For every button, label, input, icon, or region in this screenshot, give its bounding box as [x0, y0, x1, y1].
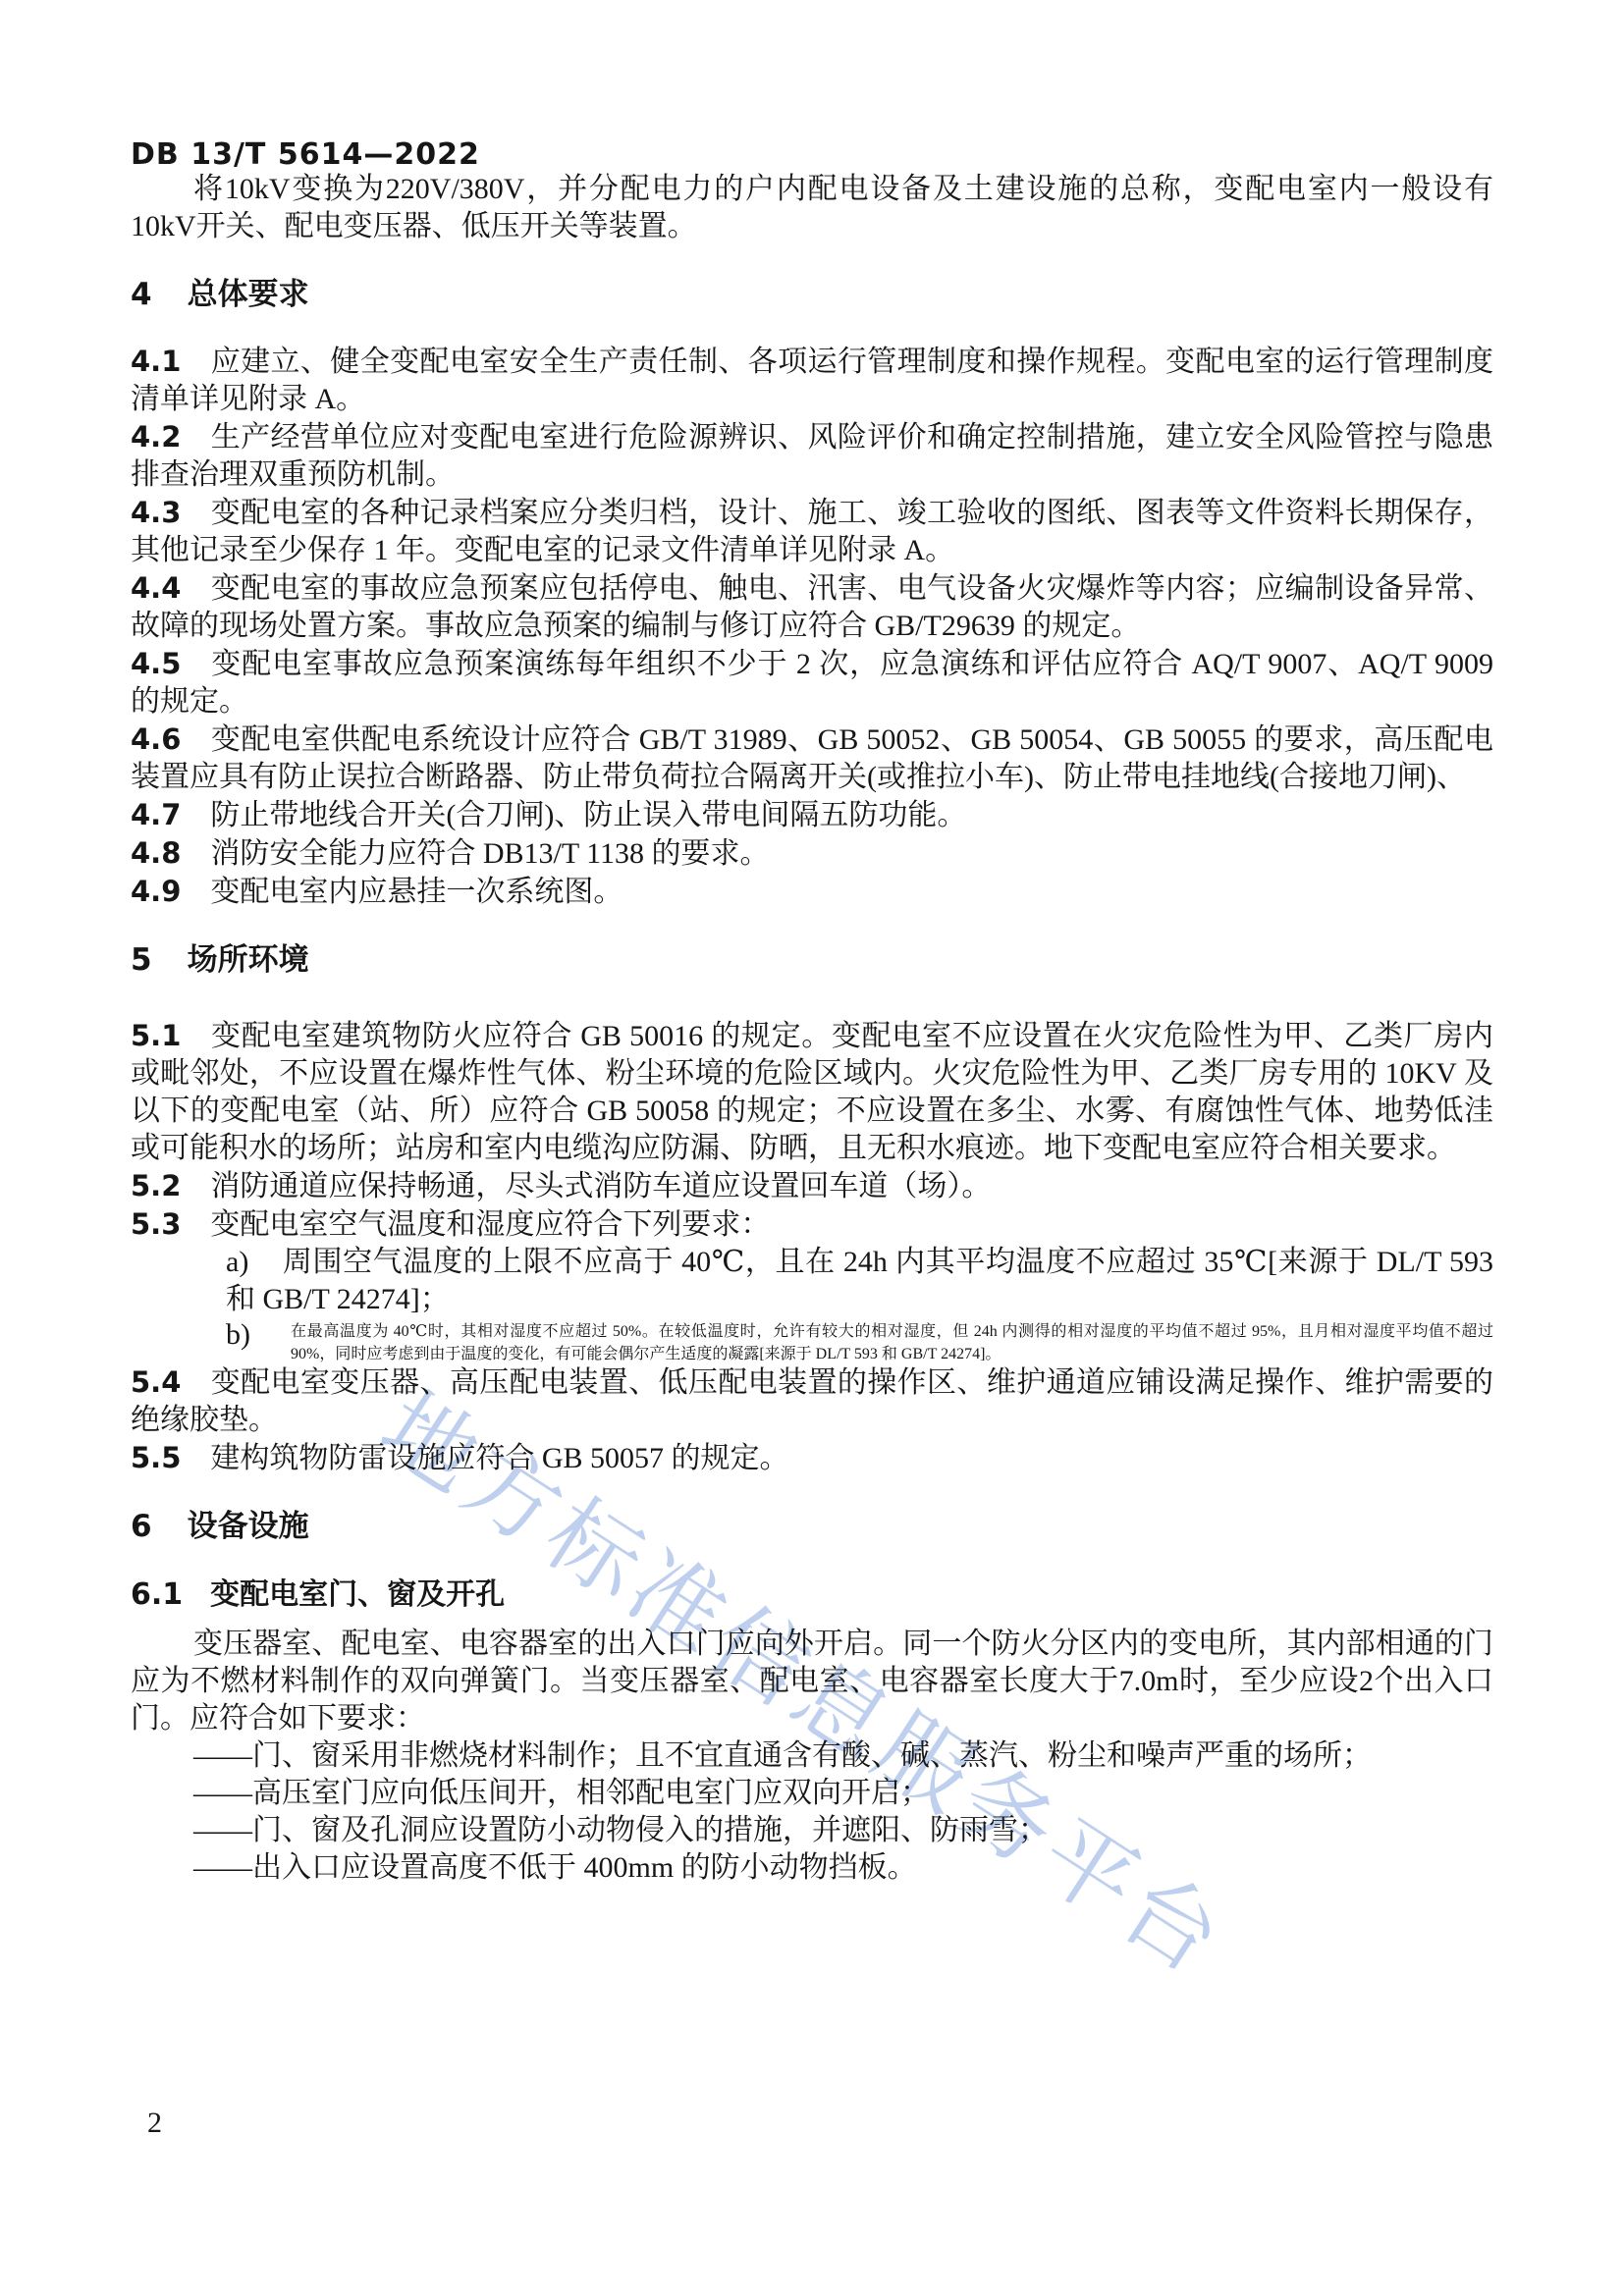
- clause-4-6: 4.6变配电室供配电系统设计应符合 GB/T 31989、GB 50052、GB…: [131, 721, 1493, 796]
- section-6-title: 设备设施: [188, 1509, 309, 1544]
- clause-4-1-text: 应建立、健全变配电室安全生产责任制、各项运行管理制度和操作规程。变配电室的运行管…: [131, 346, 1493, 415]
- clause-5-5-number: 5.5: [131, 1441, 181, 1474]
- clause-4-4-text: 变配电室的事故应急预案应包括停电、触电、汛害、电气设备火灾爆炸等内容；应编制设备…: [131, 572, 1493, 642]
- section-5-heading: 5场所环境: [131, 940, 1493, 980]
- clause-5-3-list: a)周围空气温度的上限不应高于 40℃，且在 24h 内其平均温度不应超过 35…: [131, 1244, 1493, 1363]
- page-number: 2: [147, 2107, 162, 2140]
- clause-4-7-number: 4.7: [131, 798, 181, 831]
- clause-5-5-text: 建构筑物防雷设施应符合 GB 50057 的规定。: [210, 1442, 788, 1474]
- clause-4-2: 4.2生产经营单位应对变配电室进行危险源辨识、风险评价和确定控制措施，建立安全风…: [131, 418, 1493, 494]
- clause-5-3-text: 变配电室空气温度和湿度应符合下列要求：: [210, 1208, 770, 1241]
- clause-5-1: 5.1变配电室建筑物防火应符合 GB 50016 的规定。变配电室不应设置在火灾…: [131, 1017, 1493, 1167]
- subsection-6-1-paragraph: 变压器室、配电室、电容器室的出入口门应向外开启。同一个防火分区内的变电所，其内部…: [131, 1626, 1493, 1737]
- clause-4-3-number: 4.3: [131, 496, 181, 529]
- clause-4-4: 4.4变配电室的事故应急预案应包括停电、触电、汛害、电气设备火灾爆炸等内容；应编…: [131, 569, 1493, 645]
- section-4-number: 4: [131, 277, 152, 312]
- clause-4-8-number: 4.8: [131, 836, 181, 870]
- clause-4-8-text: 消防安全能力应符合 DB13/T 1138 的要求。: [210, 837, 769, 870]
- section-4-heading: 4总体要求: [131, 275, 1493, 314]
- clause-4-4-number: 4.4: [131, 571, 181, 605]
- clause-5-2-number: 5.2: [131, 1169, 181, 1202]
- section-6-number: 6: [131, 1509, 152, 1544]
- clause-4-9-number: 4.9: [131, 875, 181, 908]
- clause-4-6-text: 变配电室供配电系统设计应符合 GB/T 31989、GB 50052、GB 50…: [131, 723, 1493, 793]
- standard-number-header: DB 13/T 5614—2022: [131, 139, 1493, 171]
- clause-5-1-text: 变配电室建筑物防火应符合 GB 50016 的规定。变配电室不应设置在火灾危险性…: [131, 1020, 1493, 1164]
- clause-4-8: 4.8消防安全能力应符合 DB13/T 1138 的要求。: [131, 834, 1493, 873]
- intro-paragraph: 将10kV变换为220V/380V，并分配电力的户内配电设备及土建设施的总称，变…: [131, 171, 1493, 245]
- clause-5-3-number: 5.3: [131, 1207, 181, 1241]
- clause-5-4: 5.4变配电室变压器、高压配电装置、低压配电装置的操作区、维护通道应铺设满足操作…: [131, 1363, 1493, 1439]
- dash-item-3: ——门、窗及孔洞应设置防小动物侵入的措施，并遮阳、防雨雪；: [131, 1812, 1493, 1849]
- clause-4-5-text: 变配电室事故应急预案演练每年组织不少于 2 次，应急演练和评估应符合 AQ/T …: [131, 648, 1493, 718]
- dash-item-2: ——高压室门应向低压间开，相邻配电室门应双向开启；: [131, 1775, 1493, 1812]
- dash-item-4: ——出入口应设置高度不低于 400mm 的防小动物挡板。: [131, 1849, 1493, 1887]
- clause-4-9: 4.9变配电室内应悬挂一次系统图。: [131, 873, 1493, 911]
- clause-5-4-number: 5.4: [131, 1365, 181, 1399]
- clause-4-3: 4.3变配电室的各种记录档案应分类归档，设计、施工、竣工验收的图纸、图表等文件资…: [131, 494, 1493, 569]
- subsection-6-1-heading: 6.1变配电室门、窗及开孔: [131, 1575, 1493, 1615]
- list-item-b-text: 在最高温度为 40℃时，其相对湿度不应超过 50%。在较低温度时，允许有较大的相…: [291, 1318, 1493, 1363]
- section-4-title: 总体要求: [188, 277, 309, 312]
- clause-4-6-number: 4.6: [131, 722, 181, 756]
- clause-5-1-number: 5.1: [131, 1019, 181, 1052]
- clause-4-1: 4.1应建立、健全变配电室安全生产责任制、各项运行管理制度和操作规程。变配电室的…: [131, 343, 1493, 418]
- page-content: DB 13/T 5614—2022 将10kV变换为220V/380V，并分配电…: [0, 0, 1624, 1887]
- list-item-b: b)在最高温度为 40℃时，其相对湿度不应超过 50%。在较低温度时，允许有较大…: [131, 1318, 1493, 1363]
- list-item-a-label: a): [226, 1246, 248, 1278]
- clause-4-5: 4.5变配电室事故应急预案演练每年组织不少于 2 次，应急演练和评估应符合 AQ…: [131, 645, 1493, 721]
- subsection-6-1-title: 变配电室门、窗及开孔: [210, 1577, 505, 1612]
- clause-4-9-text: 变配电室内应悬挂一次系统图。: [210, 876, 623, 908]
- clause-5-4-text: 变配电室变压器、高压配电装置、低压配电装置的操作区、维护通道应铺设满足操作、维护…: [131, 1366, 1493, 1436]
- clause-4-2-number: 4.2: [131, 420, 181, 454]
- clause-4-2-text: 生产经营单位应对变配电室进行危险源辨识、风险评价和确定控制措施，建立安全风险管控…: [131, 421, 1493, 491]
- clause-4-3-text: 变配电室的各种记录档案应分类归档，设计、施工、竣工验收的图纸、图表等文件资料长期…: [131, 497, 1493, 566]
- section-6-heading: 6设备设施: [131, 1507, 1493, 1546]
- list-item-a: a)周围空气温度的上限不应高于 40℃，且在 24h 内其平均温度不应超过 35…: [131, 1244, 1493, 1318]
- section-5-number: 5: [131, 942, 152, 978]
- list-item-a-text: 周围空气温度的上限不应高于 40℃，且在 24h 内其平均温度不应超过 35℃[…: [226, 1246, 1493, 1315]
- clause-4-5-number: 4.5: [131, 647, 181, 680]
- section-5-title: 场所环境: [188, 942, 309, 978]
- clause-5-5: 5.5建构筑物防雷设施应符合 GB 50057 的规定。: [131, 1439, 1493, 1477]
- list-item-b-label: b): [226, 1318, 291, 1363]
- clause-4-7: 4.7防止带地线合开关(合刀闸)、防止误入带电间隔五防功能。: [131, 796, 1493, 834]
- clause-5-2-text: 消防通道应保持畅通，尽头式消防车道应设置回车道（场）。: [210, 1170, 991, 1202]
- clause-4-7-text: 防止带地线合开关(合刀闸)、防止误入带电间隔五防功能。: [210, 799, 966, 831]
- clause-4-1-number: 4.1: [131, 345, 181, 378]
- clause-5-3: 5.3变配电室空气温度和湿度应符合下列要求：: [131, 1205, 1493, 1244]
- clause-5-2: 5.2消防通道应保持畅通，尽头式消防车道应设置回车道（场）。: [131, 1167, 1493, 1205]
- subsection-6-1-number: 6.1: [131, 1577, 183, 1612]
- dash-item-1: ——门、窗采用非燃烧材料制作；且不宜直通含有酸、碱、蒸汽、粉尘和噪声严重的场所；: [131, 1737, 1493, 1775]
- document-page: 地方标准信息服务平台 DB 13/T 5614—2022 将10kV变换为220…: [0, 0, 1624, 2296]
